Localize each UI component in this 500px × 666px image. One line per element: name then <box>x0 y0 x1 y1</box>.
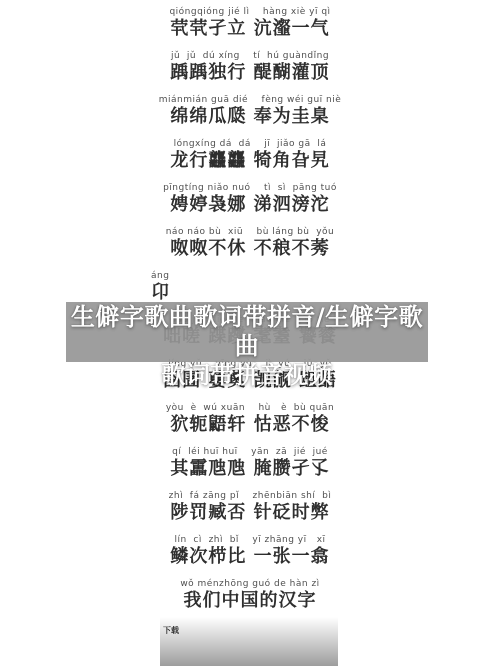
lyric-pinyin: jǔ jǔ dú xíng tí hú guàndǐng <box>135 50 365 62</box>
lyric-hanzi: 卬 <box>151 282 365 304</box>
lyric-line: pīngtíng niǎo nuó tì sì pāng tuó娉婷袅娜 涕泗滂… <box>135 182 365 216</box>
lyric-line: jǔ jǔ dú xíng tí hú guàndǐng踽踽独行 醍醐灌顶 <box>135 50 365 84</box>
lyric-line: yòu è wú xuān hù è bù quān狖轭鼯轩 怙恶不悛 <box>135 402 365 436</box>
lyric-hanzi: 其靁虺虺 腌臜孑孓 <box>135 458 365 480</box>
bottom-gradient: 下载 <box>160 617 338 666</box>
lyric-hanzi: 陟罚臧否 针砭时弊 <box>135 502 365 524</box>
lyric-hanzi: 龙行龘龘 犄角旮旯 <box>135 150 365 172</box>
lyric-line: náo náo bù xiū bù láng bù yǒu呶呶不休 不稂不莠 <box>135 226 365 260</box>
lyric-line: wǒ ménzhōng guó de hàn zì我们中国的汉字 <box>135 578 365 612</box>
lyric-hanzi: 娉婷袅娜 涕泗滂沱 <box>135 194 365 216</box>
lyric-hanzi: 呶呶不休 不稂不莠 <box>135 238 365 260</box>
overlay-title-line2: 歌词带拼音视频 <box>66 361 428 390</box>
lyric-line: lóngxíng dá dá jī jiǎo gā lá龙行龘龘 犄角旮旯 <box>135 138 365 172</box>
lyric-pinyin: áng <box>151 270 365 282</box>
lyric-hanzi: 踽踽独行 醍醐灌顶 <box>135 62 365 84</box>
lyric-hanzi: 鳞次栉比 一张一翕 <box>135 546 365 568</box>
lyric-line: miánmián guā dié fèng wéi guī niè绵绵瓜瓞 奉为… <box>135 94 365 128</box>
lyric-pinyin: náo náo bù xiū bù láng bù yǒu <box>135 226 365 238</box>
lyric-hanzi: 绵绵瓜瓞 奉为圭臬 <box>135 106 365 128</box>
watermark-text: 下载 <box>163 626 179 635</box>
lyric-pinyin: yòu è wú xuān hù è bù quān <box>135 402 365 414</box>
lyric-line: zhì fá zāng pǐ zhēnbiān shí bì陟罚臧否 针砭时弊 <box>135 490 365 524</box>
lyric-hanzi: 我们中国的汉字 <box>135 590 365 612</box>
lyric-line: qióngqióng jié lì hàng xiè yī qì茕茕孑立 沆瀣一… <box>135 6 365 40</box>
lyric-pinyin: wǒ ménzhōng guó de hàn zì <box>135 578 365 590</box>
title-overlay: 生僻字歌曲歌词带拼音/生僻字歌曲 歌词带拼音视频 <box>66 302 428 362</box>
lyrics-image: qióngqióng jié lì hàng xiè yī qì茕茕孑立 沆瀣一… <box>0 0 500 666</box>
lyric-hanzi: 茕茕孑立 沆瀣一气 <box>135 18 365 40</box>
overlay-title-line1: 生僻字歌曲歌词带拼音/生僻字歌曲 <box>66 303 428 361</box>
lyric-pinyin: zhì fá zāng pǐ zhēnbiān shí bì <box>135 490 365 502</box>
lyric-line: lín cì zhì bǐ yī zhāng yī xī鳞次栉比 一张一翕 <box>135 534 365 568</box>
lyric-hanzi: 狖轭鼯轩 怙恶不悛 <box>135 414 365 436</box>
lyric-pinyin: miánmián guā dié fèng wéi guī niè <box>135 94 365 106</box>
lyric-pinyin: qí léi huī huī yān zā jié jué <box>135 446 365 458</box>
lyric-line: áng卬 <box>135 270 365 304</box>
lyric-pinyin: qióngqióng jié lì hàng xiè yī qì <box>135 6 365 18</box>
lyric-pinyin: lóngxíng dá dá jī jiǎo gā lá <box>135 138 365 150</box>
lyric-line: qí léi huī huī yān zā jié jué其靁虺虺 腌臜孑孓 <box>135 446 365 480</box>
lyric-pinyin: lín cì zhì bǐ yī zhāng yī xī <box>135 534 365 546</box>
lyric-pinyin: pīngtíng niǎo nuó tì sì pāng tuó <box>135 182 365 194</box>
